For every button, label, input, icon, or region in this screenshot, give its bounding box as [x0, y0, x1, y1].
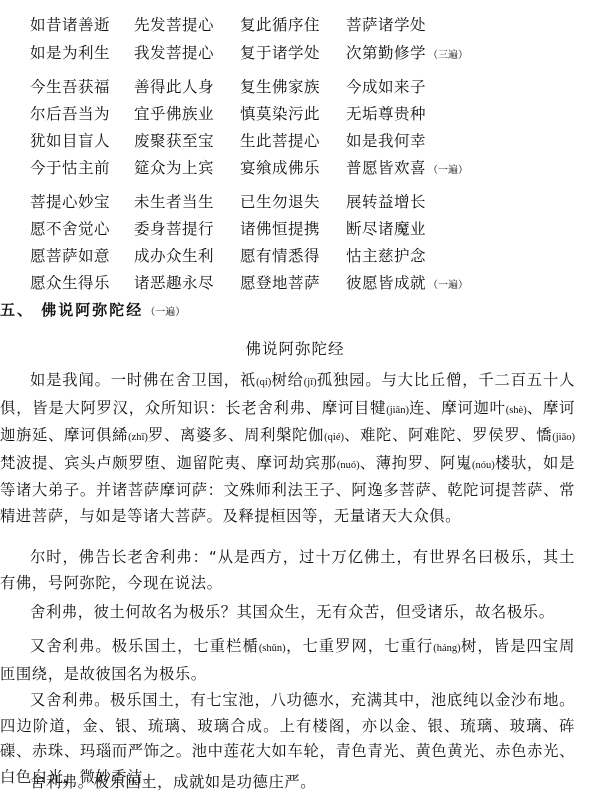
pinyin-annotation: (qí) [256, 377, 271, 388]
verse-line: 今于怙主前 [30, 155, 110, 181]
verse-row: 愿菩萨如意 成办众生利 愿有情悉得 怙主慈护念 [0, 243, 600, 269]
verse-line: 未生者当生 [134, 189, 214, 215]
text: 、薄拘罗、阿嵬 [360, 454, 472, 472]
verse-line: 成办众生利 [134, 243, 214, 269]
verse-line: 生此菩提心 [240, 128, 320, 154]
repeat-note: （一遍） [428, 280, 468, 291]
paragraph: 舍利弗。极乐国土，成就如是功德庄严。 [0, 770, 575, 796]
pinyin-annotation: (háng) [433, 643, 460, 654]
verse-line: 愿菩萨如意 [30, 243, 110, 269]
verse-line: 菩萨诸学处 [346, 12, 426, 38]
pinyin-annotation: (zhī) [128, 432, 148, 443]
verse-line: 今成如来子 [346, 74, 426, 100]
verse-line: 已生勿退失 [240, 189, 320, 215]
verse-line: 愿登地菩萨 [240, 270, 320, 296]
verse-line: 次第勤修学（三遍） [346, 40, 468, 69]
verse-row: 如是为利生 我发菩提心 复于诸学处 次第勤修学（三遍） [0, 40, 600, 66]
text: 、难陀、阿难陀、罗侯罗、憍 [344, 426, 552, 444]
verse-line: 宜乎佛族业 [134, 101, 214, 127]
pinyin-annotation: (nuó) [337, 460, 360, 471]
repeat-note: （一遍） [428, 165, 468, 176]
paragraph: 尔时，佛告长老舍利弗：“从是西方，过十万亿佛土，有世界名曰极乐，其土有佛，号阿弥… [0, 545, 575, 596]
verse-line: 废聚获至宝 [134, 128, 214, 154]
verse-line: 菩提心妙宝 [30, 189, 110, 215]
paragraph: 又舍利弗。极乐国土，七重栏楯(shǔn)，七重罗网，七重行(háng)树，皆是四… [0, 634, 575, 687]
pinyin-annotation: (shè) [506, 405, 527, 416]
text: 梵波提、宾头卢颇罗堕、迦留陀夷、摩诃劫宾那 [0, 454, 337, 472]
verse-line: 我发菩提心 [134, 40, 214, 66]
verse-row: 尔后吾当为 宜乎佛族业 慎莫染污此 无垢尊贵种 [0, 101, 600, 127]
verse-line: 如是我何幸 [346, 128, 426, 154]
sutra-title: 佛说阿弥陀经 [0, 337, 600, 359]
verse-line: 彼愿皆成就（一遍） [346, 270, 468, 299]
verse-row: 菩提心妙宝 未生者当生 已生勿退失 展转益增长 [0, 189, 600, 215]
pinyin-annotation: (jiān) [386, 405, 409, 416]
section-heading: 五、 佛说阿弥陀经（一遍） [0, 299, 185, 320]
verse-line: 如是为利生 [30, 40, 110, 66]
verse-line: 复此循序住 [240, 12, 320, 38]
text: 树给 [271, 371, 304, 389]
verse-line: 复生佛家族 [240, 74, 320, 100]
pinyin-annotation: (nóu) [472, 460, 495, 471]
repeat-note: （三遍） [428, 50, 468, 61]
verse-line: 断尽诸魔业 [346, 216, 426, 242]
pinyin-annotation: (shǔn) [259, 643, 286, 654]
verse-line: 怙主慈护念 [346, 243, 426, 269]
verse-line: 尔后吾当为 [30, 101, 110, 127]
verse-line: 愿众生得乐 [30, 270, 110, 296]
verse-line: 复于诸学处 [240, 40, 320, 66]
verse-row: 愿不舍觉心 委身菩提行 诸佛恒提携 断尽诸魔业 [0, 216, 600, 242]
text: 连、摩诃迦叶 [409, 399, 506, 417]
verse-line: 犹如目盲人 [30, 128, 110, 154]
text: 又舍利弗。极乐国土，七重栏楯 [30, 637, 259, 655]
verse-text: 彼愿皆成就 [346, 274, 426, 292]
verse-text: 普愿皆欢喜 [346, 159, 426, 177]
paragraph: 舍利弗，彼土何故名为极乐？其国众生，无有众苦，但受诸乐，故名极乐。 [0, 600, 575, 626]
verse-line: 展转益增长 [346, 189, 426, 215]
verse-line: 筵众为上宾 [134, 155, 214, 181]
pinyin-annotation: (jiāo) [552, 432, 575, 443]
pinyin-annotation: (qié) [324, 432, 344, 443]
verse-line: 无垢尊贵种 [346, 101, 426, 127]
text: 罗、离婆多、周利槃陀伽 [148, 426, 324, 444]
verse-line: 如昔诸善逝 [30, 12, 110, 38]
verse-line: 宴飨成佛乐 [240, 155, 320, 181]
verse-row: 今于怙主前 筵众为上宾 宴飨成佛乐 普愿皆欢喜（一遍） [0, 155, 600, 181]
section-heading-text: 五、 佛说阿弥陀经 [0, 301, 143, 319]
verse-row: 今生吾获福 善得此人身 复生佛家族 今成如来子 [0, 74, 600, 100]
verse-line: 今生吾获福 [30, 74, 110, 100]
paragraph: 如是我闻。一时佛在舍卫国，祇(qí)树给(jǐ)孤独园。与大比丘僧，千二百五十人… [0, 368, 575, 529]
verse-line: 愿不舍觉心 [30, 216, 110, 242]
verse-line: 慎莫染污此 [240, 101, 320, 127]
verse-row: 愿众生得乐 诸恶趣永尽 愿登地菩萨 彼愿皆成就（一遍） [0, 270, 600, 296]
verse-row: 犹如目盲人 废聚获至宝 生此菩提心 如是我何幸 [0, 128, 600, 154]
repeat-note: （一遍） [145, 307, 185, 318]
verse-line: 先发菩提心 [134, 12, 214, 38]
text: ，七重罗网，七重行 [286, 637, 434, 655]
pinyin-annotation: (jǐ) [304, 377, 317, 388]
verse-line: 诸佛恒提携 [240, 216, 320, 242]
verse-line: 愿有情悉得 [240, 243, 320, 269]
verse-line: 普愿皆欢喜（一遍） [346, 155, 468, 184]
text: 如是我闻。一时佛在舍卫国，祇 [30, 371, 256, 389]
verse-text: 次第勤修学 [346, 44, 426, 62]
sutra-title-text: 佛说阿弥陀经 [245, 340, 344, 358]
verse-line: 善得此人身 [134, 74, 214, 100]
verse-line: 诸恶趣永尽 [134, 270, 214, 296]
verse-row: 如昔诸善逝 先发菩提心 复此循序住 菩萨诸学处 [0, 12, 600, 38]
verse-line: 委身菩提行 [134, 216, 214, 242]
